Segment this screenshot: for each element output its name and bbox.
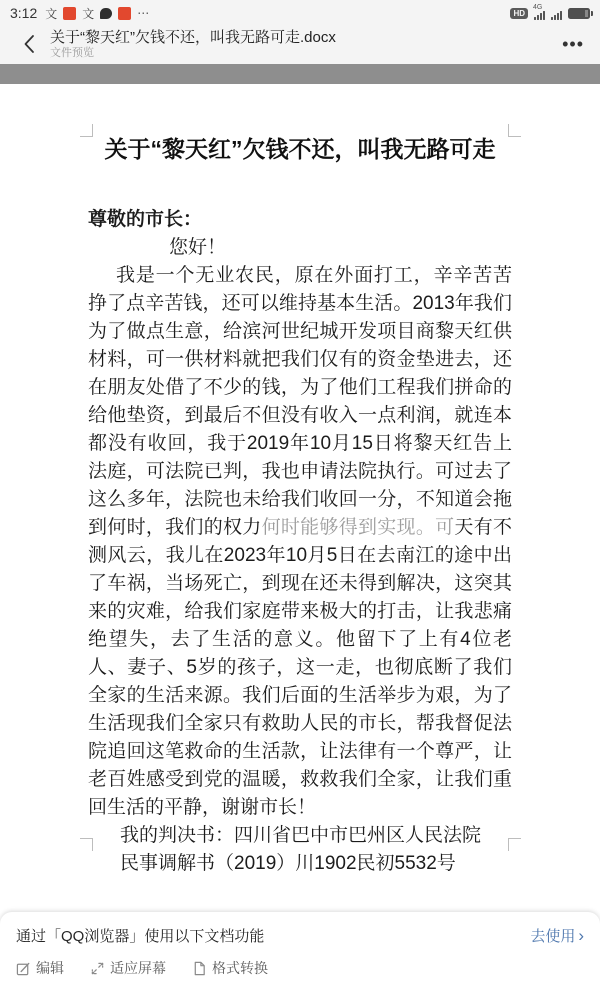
notification-badge-icon	[63, 7, 76, 20]
margin-corner-mark	[80, 124, 93, 137]
signal-sim2-icon	[551, 6, 562, 20]
closing-line: 民事调解书（2019）川1902民初5532号	[88, 850, 512, 878]
top-chrome: 3:12 文 文 ⋯ HD 4G 关于“黎天红”	[0, 0, 600, 64]
file-preview-label: 文件预览	[50, 47, 336, 60]
document-scroll-area[interactable]: 关于“黎天红”欠钱不还，叫我无路可走 尊敬的市长： 您好！ 我是一个无业农民，原…	[0, 64, 600, 1000]
notification-badge-icon	[118, 7, 131, 20]
message-bubble-icon	[100, 8, 112, 19]
closing-line: 我的判决书：四川省巴中市巴州区人民法院	[88, 822, 512, 850]
salutation: 尊敬的市长：	[88, 206, 512, 234]
edit-icon	[16, 961, 31, 976]
margin-corner-mark	[508, 838, 521, 851]
body-paragraph: 我是一个无业农民，原在外面打工，辛辛苦苦挣了点辛苦钱，还可以维持基本生活。201…	[88, 262, 512, 822]
more-icon: ⋯	[137, 6, 149, 20]
doc-app-icon: 文	[45, 5, 57, 22]
clock: 3:12	[10, 5, 37, 21]
back-chevron-icon	[22, 34, 36, 54]
margin-corner-mark	[508, 124, 521, 137]
greeting: 您好！	[88, 234, 512, 262]
promo-message: 通过「QQ浏览器」使用以下文档功能	[16, 925, 264, 946]
doc-app-icon: 文	[82, 5, 94, 22]
fit-screen-tool-button[interactable]: 适应屏幕	[90, 958, 166, 978]
battery-icon	[568, 8, 590, 19]
back-button[interactable]	[16, 31, 42, 57]
document-title: 关于“黎天红”欠钱不还，叫我无路可走	[60, 134, 540, 164]
status-notification-icons: 文 文 ⋯	[45, 5, 149, 22]
status-system-icons: HD 4G	[510, 6, 590, 20]
edit-tool-button[interactable]: 编辑	[16, 958, 64, 978]
chevron-right-icon: ›	[578, 928, 584, 943]
format-convert-tool-button[interactable]: 格式转换	[192, 958, 268, 978]
qq-browser-promo-card: 通过「QQ浏览器」使用以下文档功能 去使用 › 编辑 适应屏幕 格式转换	[0, 912, 600, 1000]
hd-icon: HD	[510, 8, 528, 19]
signal-sim1-icon: 4G	[534, 6, 545, 20]
go-use-button[interactable]: 去使用 ›	[530, 925, 584, 946]
document-body: 尊敬的市长： 您好！ 我是一个无业农民，原在外面打工，辛辛苦苦挣了点辛苦钱，还可…	[88, 206, 512, 878]
file-title: 关于“黎天红”欠钱不还，叫我无路可走.docx	[50, 28, 336, 47]
document-page: 关于“黎天红”欠钱不还，叫我无路可走 尊敬的市长： 您好！ 我是一个无业农民，原…	[0, 84, 600, 1000]
body-text: 天有不测风云，我儿在2023年10月5日在去南江的途中出了车祸，当场死亡，到现在…	[88, 517, 512, 818]
menu-kebab-icon[interactable]: •••	[562, 34, 584, 55]
format-convert-icon	[192, 961, 207, 976]
document-tools: 编辑 适应屏幕 格式转换	[16, 958, 584, 978]
file-preview-header: 关于“黎天红”欠钱不还，叫我无路可走.docx 文件预览 •••	[0, 24, 600, 64]
margin-corner-mark	[80, 838, 93, 851]
status-bar: 3:12 文 文 ⋯ HD 4G	[0, 0, 600, 24]
body-text: 我是一个无业农民，原在外面打工，辛辛苦苦挣了点辛苦钱，还可以维持基本生活。201…	[88, 265, 512, 538]
fit-screen-icon	[90, 961, 105, 976]
body-text-faded: 何时能够得到实现。可	[262, 517, 455, 538]
